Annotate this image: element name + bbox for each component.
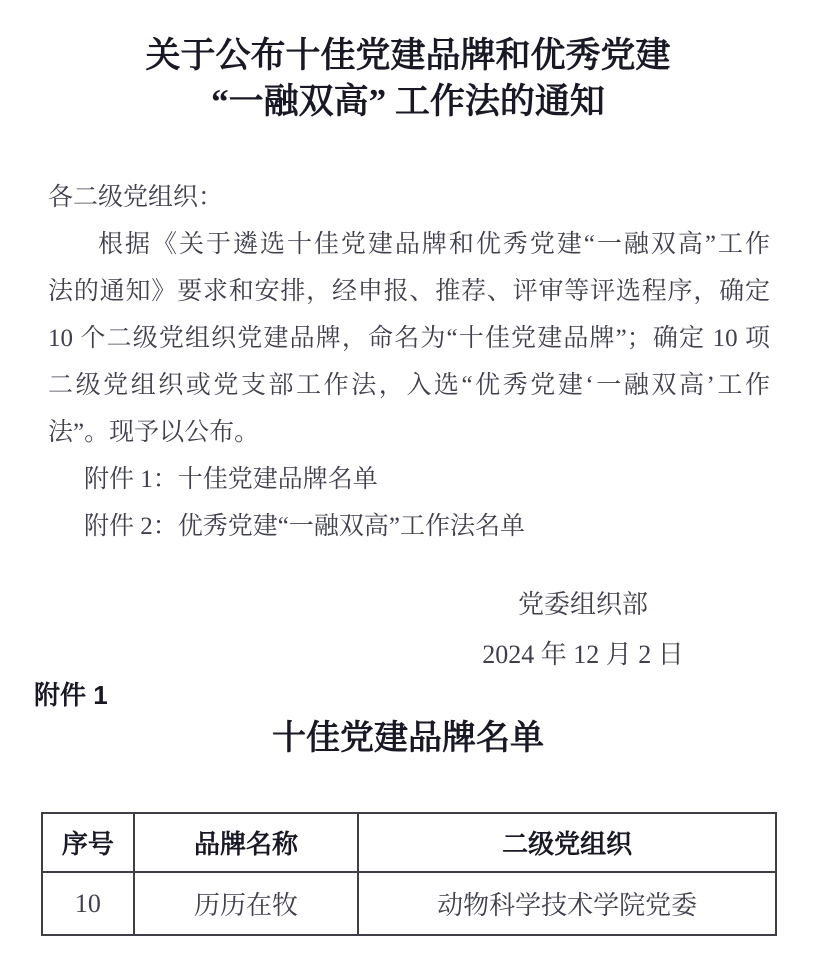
notice-title-line2: “一融双高” 工作法的通知 xyxy=(0,79,816,125)
brand-table: 序号 品牌名称 二级党组织 10 历历在牧 动物科学技术学院党委 xyxy=(41,812,777,936)
notice-body: 根据《关于遴选十佳党建品牌和优秀党建“一融双高”工作 法的通知》要求和安排，经申… xyxy=(48,221,770,456)
notice-title: 关于公布十佳党建品牌和优秀党建 “一融双高” 工作法的通知 xyxy=(0,0,816,125)
appendix-label: 附件 1 xyxy=(34,680,816,710)
col-header-org: 二级党组织 xyxy=(358,813,776,872)
table-row: 10 历历在牧 动物科学技术学院党委 xyxy=(42,872,776,935)
col-header-index: 序号 xyxy=(42,813,134,872)
attachment-references: 附件 1：十佳党建品牌名单 附件 2：优秀党建“一融双高”工作法名单 xyxy=(84,456,770,550)
cell-index: 10 xyxy=(42,872,134,935)
body-line-4: 二级党组织或党支部工作法，入选“优秀党建‘一融双高’工作 xyxy=(48,362,770,409)
body-line-1: 根据《关于遴选十佳党建品牌和优秀党建“一融双高”工作 xyxy=(48,221,770,268)
salutation: 各二级党组织： xyxy=(48,174,770,221)
signature-date: 2024 年 12 月 2 日 xyxy=(383,630,783,680)
attachment-ref-1: 附件 1：十佳党建品牌名单 xyxy=(84,456,770,503)
cell-org: 动物科学技术学院党委 xyxy=(358,872,776,935)
col-header-brand: 品牌名称 xyxy=(134,813,359,872)
attachment-ref-2: 附件 2：优秀党建“一融双高”工作法名单 xyxy=(84,503,770,550)
cell-brand: 历历在牧 xyxy=(134,872,359,935)
body-line-2: 法的通知》要求和安排，经申报、推荐、评审等评选程序，确定 xyxy=(48,268,770,315)
document-page: 关于公布十佳党建品牌和优秀党建 “一融双高” 工作法的通知 各二级党组织： 根据… xyxy=(0,0,816,966)
body-line-5: 法”。现予以公布。 xyxy=(48,409,770,456)
signature-block: 党委组织部 2024 年 12 月 2 日 xyxy=(383,580,783,680)
notice-title-line1: 关于公布十佳党建品牌和优秀党建 xyxy=(0,33,816,79)
signer-name: 党委组织部 xyxy=(383,580,783,630)
appendix-heading: 十佳党建品牌名单 xyxy=(0,717,816,761)
body-line-3: 10 个二级党组织党建品牌，命名为“十佳党建品牌”；确定 10 项 xyxy=(48,315,770,362)
table-header-row: 序号 品牌名称 二级党组织 xyxy=(42,813,776,872)
